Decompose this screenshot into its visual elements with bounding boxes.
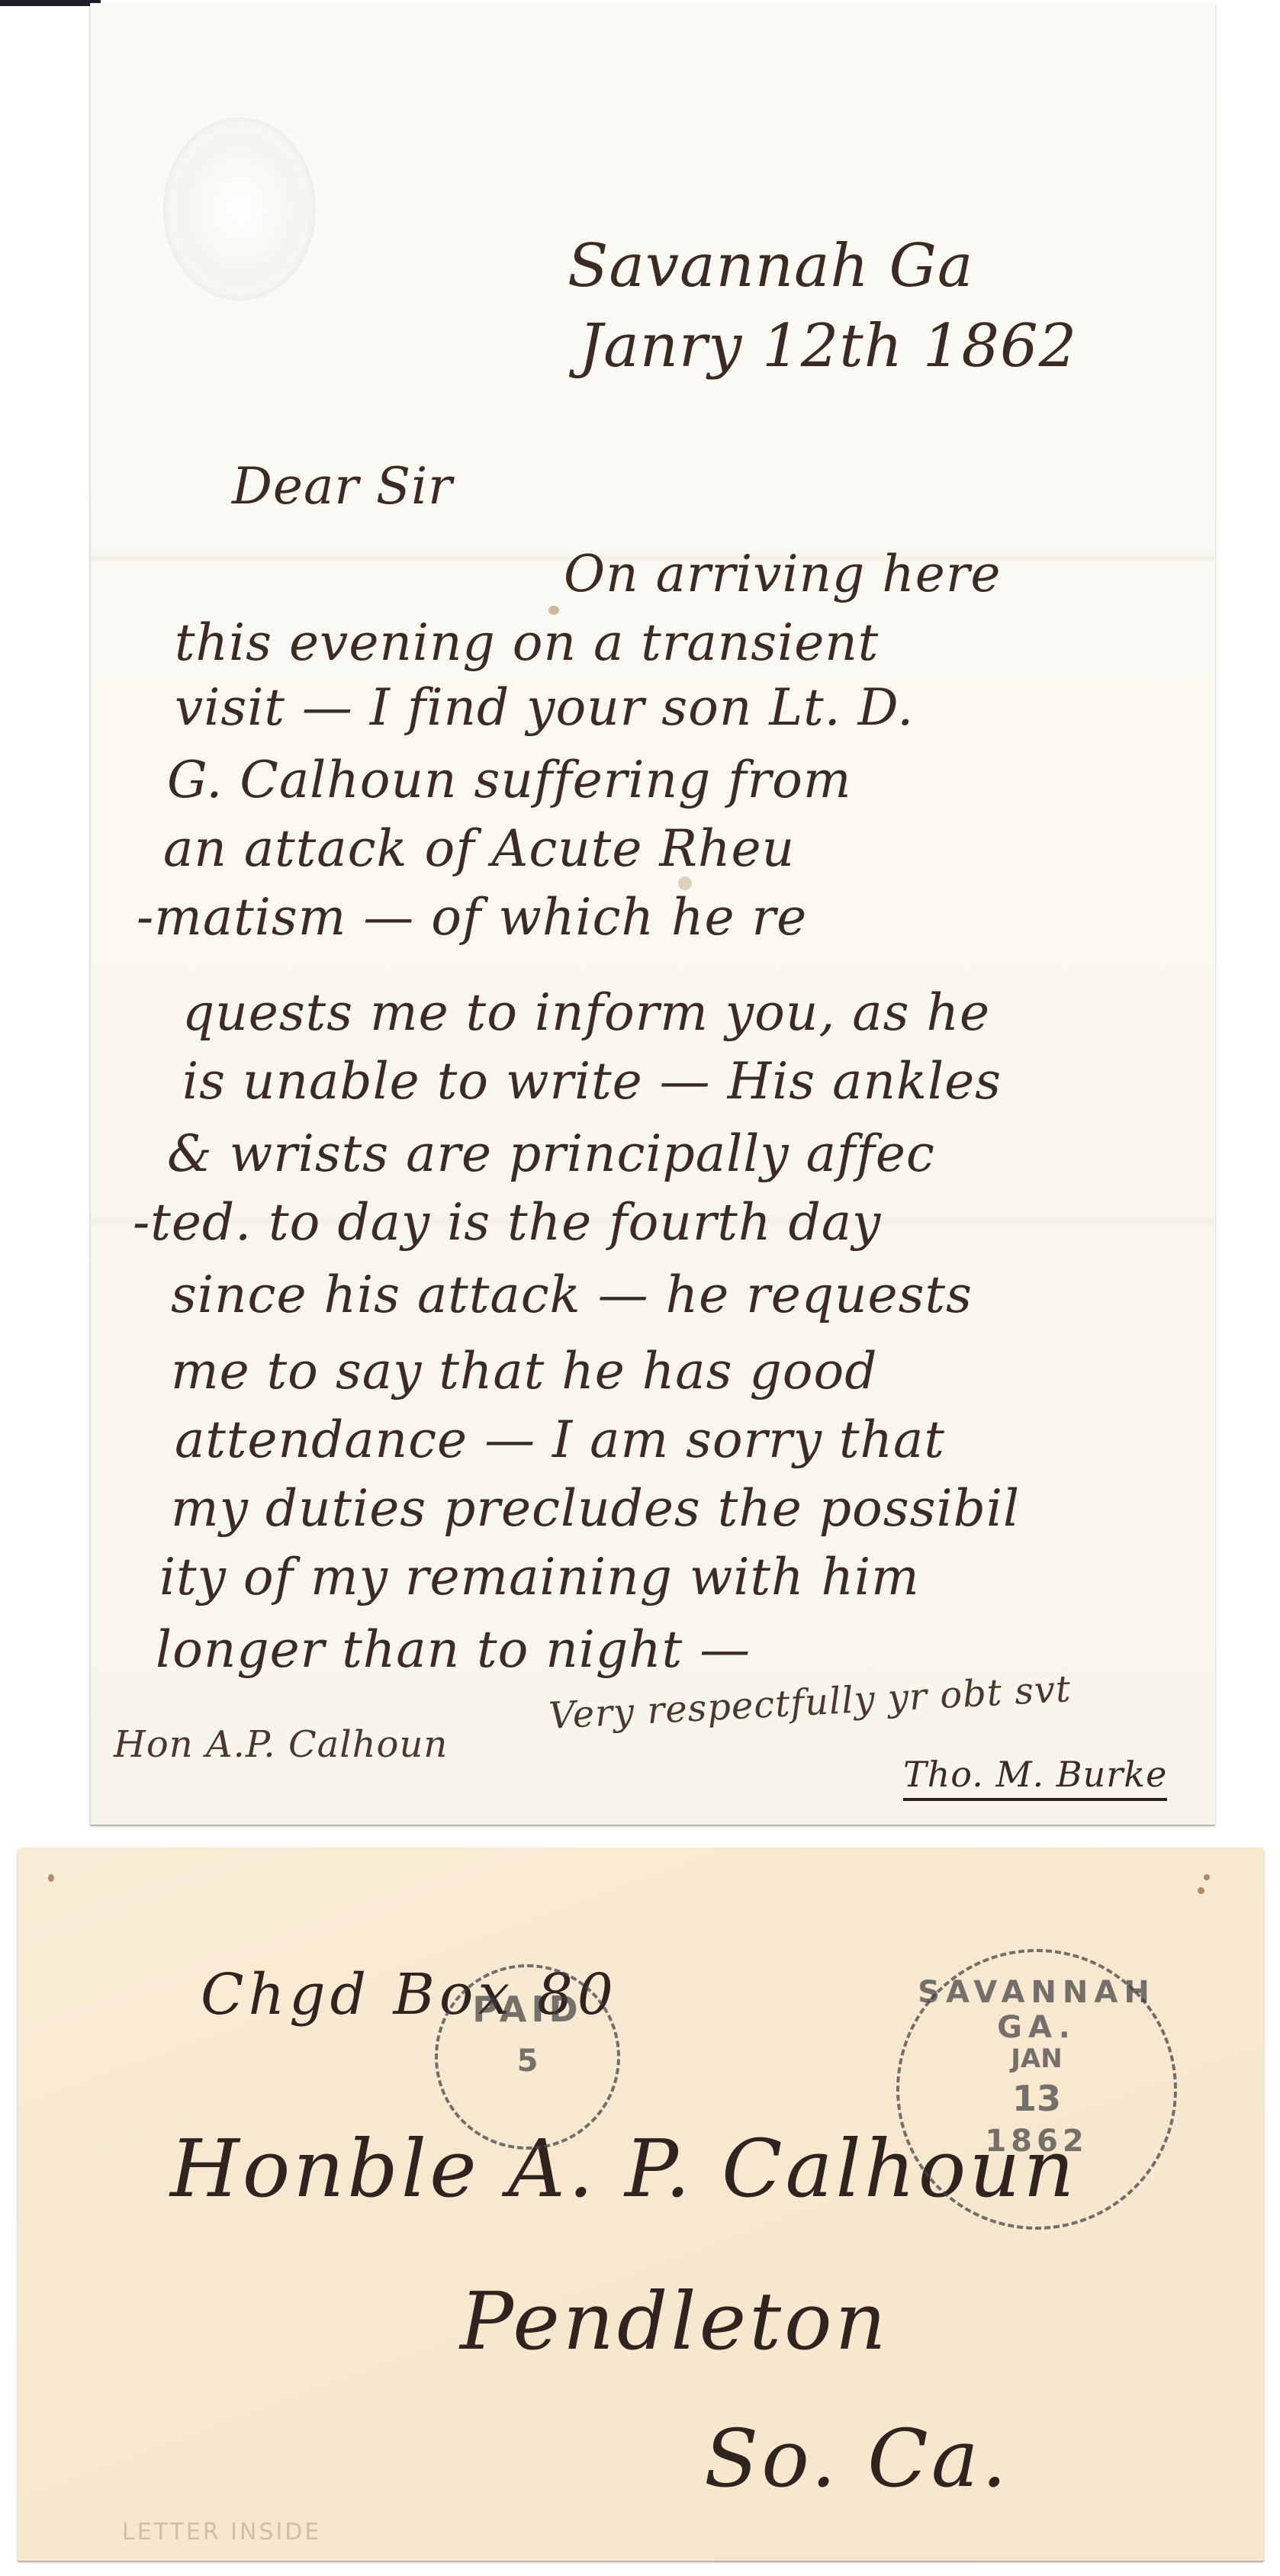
addressee: Hon A.P. Calhoun <box>114 1723 448 1766</box>
body-line: G. Calhoun suffering from <box>167 751 852 809</box>
printed-letter-inside: LETTER INSIDE <box>122 2519 321 2545</box>
body-line: ity of my remaining with him <box>159 1548 920 1606</box>
body-line: longer than to night — <box>156 1620 751 1679</box>
foxing-spot <box>1198 1887 1204 1894</box>
embossed-seal-icon <box>163 117 316 301</box>
savannah-postmark: SAVANNAH GA. JAN 13 1862 <box>896 1949 1177 2230</box>
ink-stain <box>548 606 559 615</box>
postmark-city: SAVANNAH GA. <box>899 1975 1174 2045</box>
postmark-day: 13 <box>899 2078 1174 2119</box>
body-line: -ted. to day is the fourth day <box>133 1193 881 1252</box>
postmark-year: 1862 <box>899 2124 1174 2159</box>
body-line: & wrists are principally affec <box>167 1124 935 1183</box>
body-line: -matism — of which he re <box>137 888 807 947</box>
scan-edge <box>0 0 101 6</box>
body-line: attendance — I am sorry that <box>175 1410 945 1469</box>
body-line: me to say that he has good <box>171 1342 877 1401</box>
postmark-month: JAN <box>899 2044 1174 2074</box>
ink-stain <box>678 876 692 890</box>
address-town: Pendleton <box>460 2275 889 2368</box>
body-line: my duties precludes the possibil <box>171 1479 1020 1538</box>
body-line: quests me to inform you, as he <box>182 983 990 1042</box>
body-line: On arriving here <box>564 545 1001 603</box>
letter-place: Savannah Ga <box>568 232 973 301</box>
signature: Tho. M. Burke <box>903 1754 1167 1801</box>
address-state: So. Ca. <box>704 2412 1010 2505</box>
paid-postmark: PAID 5 <box>435 1964 620 2150</box>
body-line: is unable to write — His ankles <box>182 1052 1002 1111</box>
foxing-spot <box>48 1874 54 1882</box>
body-line: visit — I find your son Lt. D. <box>175 678 914 737</box>
foxing-spot <box>1204 1874 1210 1880</box>
letter-sheet: Savannah Ga Janry 12th 1862 Dear Sir On … <box>90 3 1215 1825</box>
body-line: an attack of Acute Rheu <box>163 819 795 878</box>
paid-value: 5 <box>438 2044 617 2079</box>
salutation: Dear Sir <box>232 457 453 516</box>
body-line: since his attack — he requests <box>171 1265 973 1324</box>
letter-date: Janry 12th 1862 <box>579 312 1077 381</box>
body-line: this evening on a transient <box>175 613 879 672</box>
paid-word: PAID <box>438 1989 617 2030</box>
